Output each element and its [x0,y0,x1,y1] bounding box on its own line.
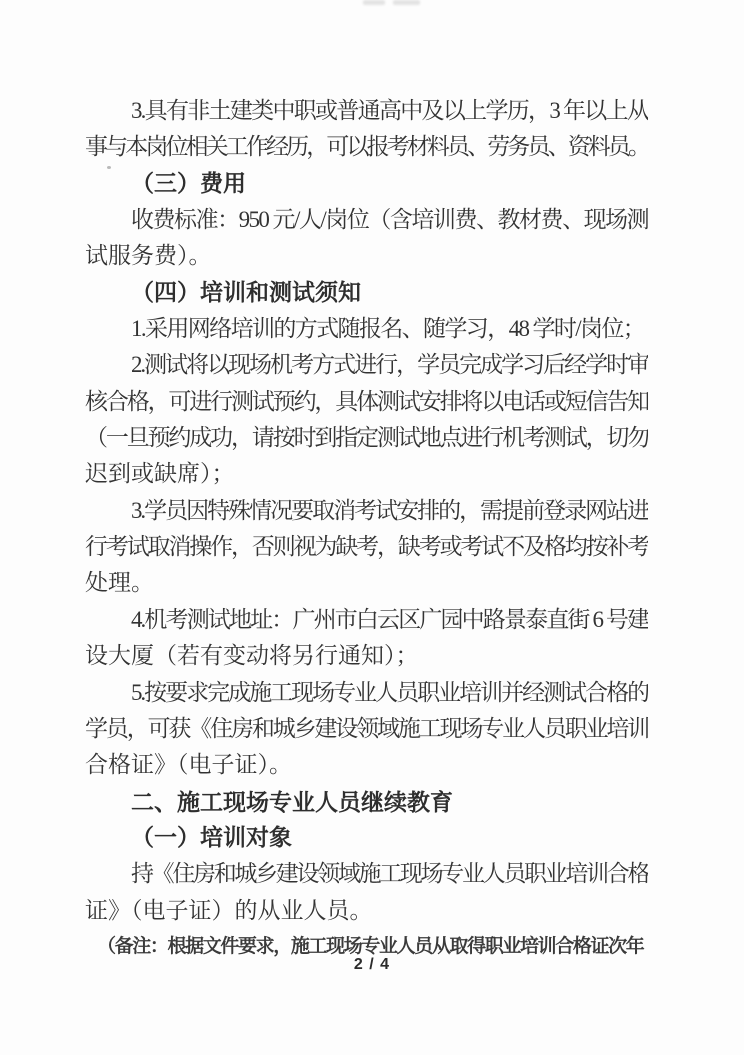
text-line: 迟到或缺席）； [85,456,648,492]
text-line: 持《住房和城乡建设领域施工现场专业人员职业培训合格 [85,856,648,892]
scan-artifact [363,0,385,5]
scan-artifact [393,0,420,5]
text-line: 处理。 [85,565,648,601]
text-line: 行考试取消操作，否则视为缺考，缺考或考试不及格均按补考 [85,529,648,565]
text-line: 5.按要求完成施工现场专业人员职业培训并经测试合格的 [85,675,648,711]
text-line: （一）培训对象 [85,820,648,856]
text-line: 核合格，可进行测试预约，具体测试安排将以电话或短信告知 [85,384,648,420]
text-line: 事与本岗位相关工作经历，可以报考材料员、劳务员、资料员。 [85,129,648,165]
text-line: 4.机考测试地址：广州市白云区广园中路景泰直街 6 号建 [85,602,648,638]
text-line: 2.测试将以现场机考方式进行，学员完成学习后经学时审 [85,347,648,383]
text-line: 合格证》（电子证）。 [85,747,648,783]
text-line: （四）培训和测试须知 [85,275,648,311]
text-line: 二、施工现场专业人员继续教育 [85,784,648,820]
text-line: 设大厦（若有变动将另行通知）； [85,638,648,674]
page-number: 2 / 4 [0,956,744,974]
document-page: 3.具有非土建类中职或普通高中及以上学历，3 年以上从事与本岗位相关工作经历，可… [0,0,744,1055]
text-line: 1.采用网络培训的方式随报名、随学习，48 学时/岗位； [85,311,648,347]
document-body: 3.具有非土建类中职或普通高中及以上学历，3 年以上从事与本岗位相关工作经历，可… [85,93,648,965]
text-line: （三）费用 [85,166,648,202]
text-line: 3.学员因特殊情况要取消考试安排的，需提前登录网站进 [85,493,648,529]
text-line: 3.具有非土建类中职或普通高中及以上学历，3 年以上从 [85,93,648,129]
text-line: 学员，可获《住房和城乡建设领域施工现场专业人员职业培训 [85,711,648,747]
text-line: 试服务费）。 [85,238,648,274]
text-line: 证》（电子证）的从业人员。 [85,893,648,929]
text-line: 收费标准：950 元/人/岗位（含培训费、教材费、现场测 [85,202,648,238]
text-line: （一旦预约成功，请按时到指定测试地点进行机考测试，切勿 [85,420,648,456]
